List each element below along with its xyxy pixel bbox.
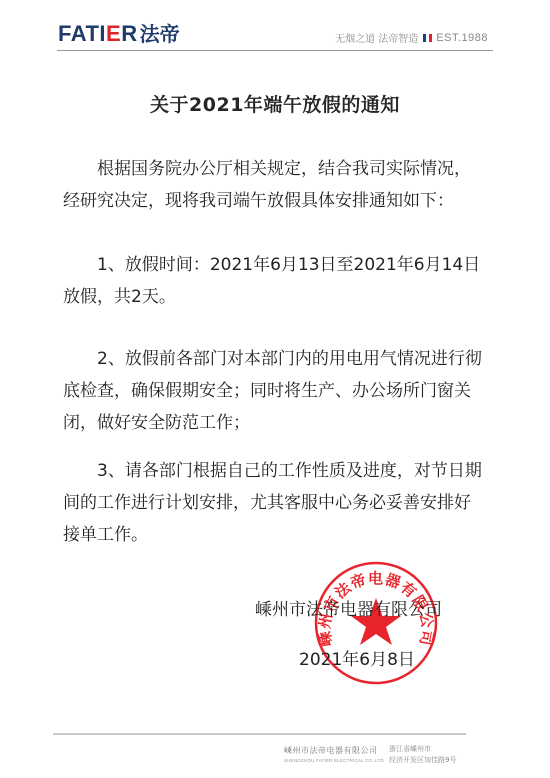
footer-company-en: SHENGZHOU FATIER ELECTRICAL CO.,LTD bbox=[284, 758, 384, 763]
tagline: 无烟之道 法帝智造 EST.1988 bbox=[335, 30, 488, 45]
tagline-chinese: 无烟之道 法帝智造 bbox=[335, 30, 418, 45]
fatier-logo: FATIER 法帝 bbox=[58, 22, 180, 46]
established-year: EST.1988 bbox=[436, 32, 488, 44]
logo-latin: FATIER bbox=[58, 22, 138, 46]
document-title: 关于2021年端午放假的通知 bbox=[0, 90, 550, 117]
footer-company-cn: 嵊州市法帝电器有限公司 bbox=[284, 745, 384, 756]
footer-company: 嵊州市法帝电器有限公司 SHENGZHOU FATIER ELECTRICAL … bbox=[284, 745, 384, 763]
paragraph-item-1: 1、放假时间：2021年6月13日至2021年6月14日放假，共2天。 bbox=[63, 249, 483, 313]
footer-address-line1: 浙江省嵊州市 bbox=[389, 744, 456, 755]
letterhead: FATIER 法帝 无烟之道 法帝智造 EST.1988 bbox=[0, 0, 550, 52]
paragraph-intro: 根据国务院办公厅相关规定，结合我司实际情况，经研究决定，现将我司端午放假具体安排… bbox=[63, 153, 483, 217]
logo-chinese: 法帝 bbox=[140, 22, 180, 46]
signature-date: 2021年6月8日 bbox=[299, 645, 415, 670]
french-flag-icon bbox=[423, 34, 432, 42]
header-divider bbox=[57, 50, 493, 51]
logo-accent-letter: E bbox=[106, 21, 121, 46]
footer-address: 浙江省嵊州市 经济开发区加佳路9号 bbox=[389, 744, 456, 766]
logo-latin-part: R bbox=[121, 21, 137, 46]
paragraph-item-3: 3、请各部门根据自己的工作性质及进度，对节日期间的工作进行计划安排，尤其客服中心… bbox=[63, 455, 483, 551]
footer-divider bbox=[53, 733, 466, 735]
logo-latin-part: FATI bbox=[58, 21, 106, 46]
paragraph-item-2: 2、放假前各部门对本部门内的用电用气情况进行彻底检查，确保假期安全；同时将生产、… bbox=[63, 343, 483, 439]
signature-company: 嵊州市法帝电器有限公司 bbox=[255, 595, 442, 620]
footer-address-line2: 经济开发区加佳路9号 bbox=[389, 755, 456, 766]
